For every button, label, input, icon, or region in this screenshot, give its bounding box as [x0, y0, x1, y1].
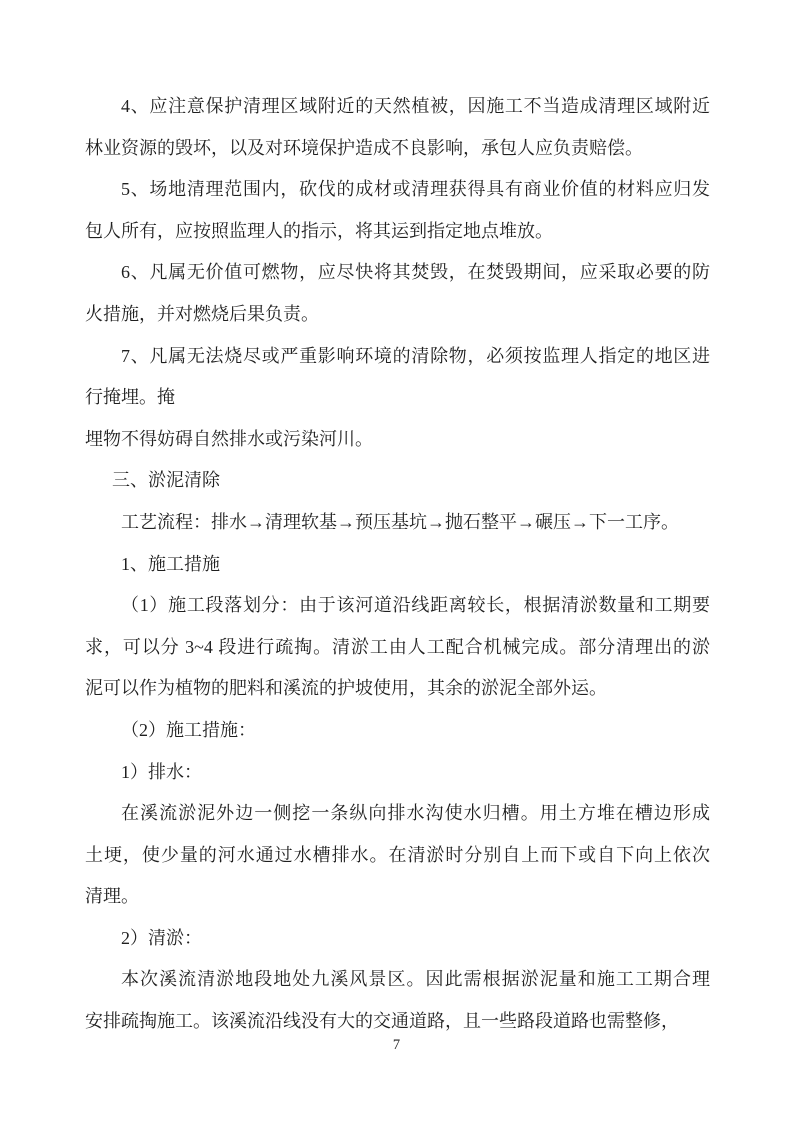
subsection-heading: （2）施工措施：: [85, 710, 710, 752]
text-line: 5、场地清理范围内，砍伐的成材或清理获得具有商业价值的材料应归发: [85, 169, 710, 211]
text-line: 清理。: [85, 876, 710, 918]
text-line: 林业资源的毁坏，以及对环境保护造成不良影响，承包人应负责赔偿。: [85, 128, 710, 170]
text-line: 行掩埋。掩: [85, 377, 710, 419]
process-flow-line: 工艺流程：排水→清理软基→预压基坑→抛石整平→碾压→下一工序。: [85, 502, 710, 544]
text-line: 土埂，使少量的河水通过水槽排水。在清淤时分别自上而下或自下向上依次: [85, 835, 710, 877]
subsection-heading: 1、施工措施: [85, 544, 710, 586]
text-line: 在溪流淤泥外边一侧挖一条纵向排水沟使水归槽。用土方堆在槽边形成: [85, 793, 710, 835]
text-line: 求，可以分 3~4 段进行疏掏。清淤工由人工配合机械完成。部分清理出的淤: [85, 627, 710, 669]
text-line: 泥可以作为植物的肥料和溪流的护坡使用，其余的淤泥全部外运。: [85, 668, 710, 710]
text-line: 本次溪流清淤地段地处九溪风景区。因此需根据淤泥量和施工工期合理: [85, 959, 710, 1001]
document-body: 4、应注意保护清理区域附近的天然植被，因施工不当造成清理区域附近 林业资源的毁坏…: [85, 86, 710, 1043]
text-line: 火措施，并对燃烧后果负责。: [85, 294, 710, 336]
text-line: 埋物不得妨碍自然排水或污染河川。: [85, 419, 710, 461]
section-heading: 三、淤泥清除: [85, 460, 710, 502]
text-line: （1）施工段落划分：由于该河道沿线距离较长，根据清淤数量和工期要: [85, 585, 710, 627]
text-line: 包人所有，应按照监理人的指示，将其运到指定地点堆放。: [85, 211, 710, 253]
page-number: 7: [0, 1036, 793, 1054]
list-item-heading: 1）排水：: [85, 752, 710, 794]
list-item-heading: 2）清淤：: [85, 918, 710, 960]
text-line: 7、凡属无法烧尽或严重影响环境的清除物，必须按监理人指定的地区进: [85, 336, 710, 378]
text-line: 4、应注意保护清理区域附近的天然植被，因施工不当造成清理区域附近: [85, 86, 710, 128]
document-page: 4、应注意保护清理区域附近的天然植被，因施工不当造成清理区域附近 林业资源的毁坏…: [0, 0, 793, 1122]
text-line: 6、凡属无价值可燃物，应尽快将其焚毁，在焚毁期间，应采取必要的防: [85, 252, 710, 294]
